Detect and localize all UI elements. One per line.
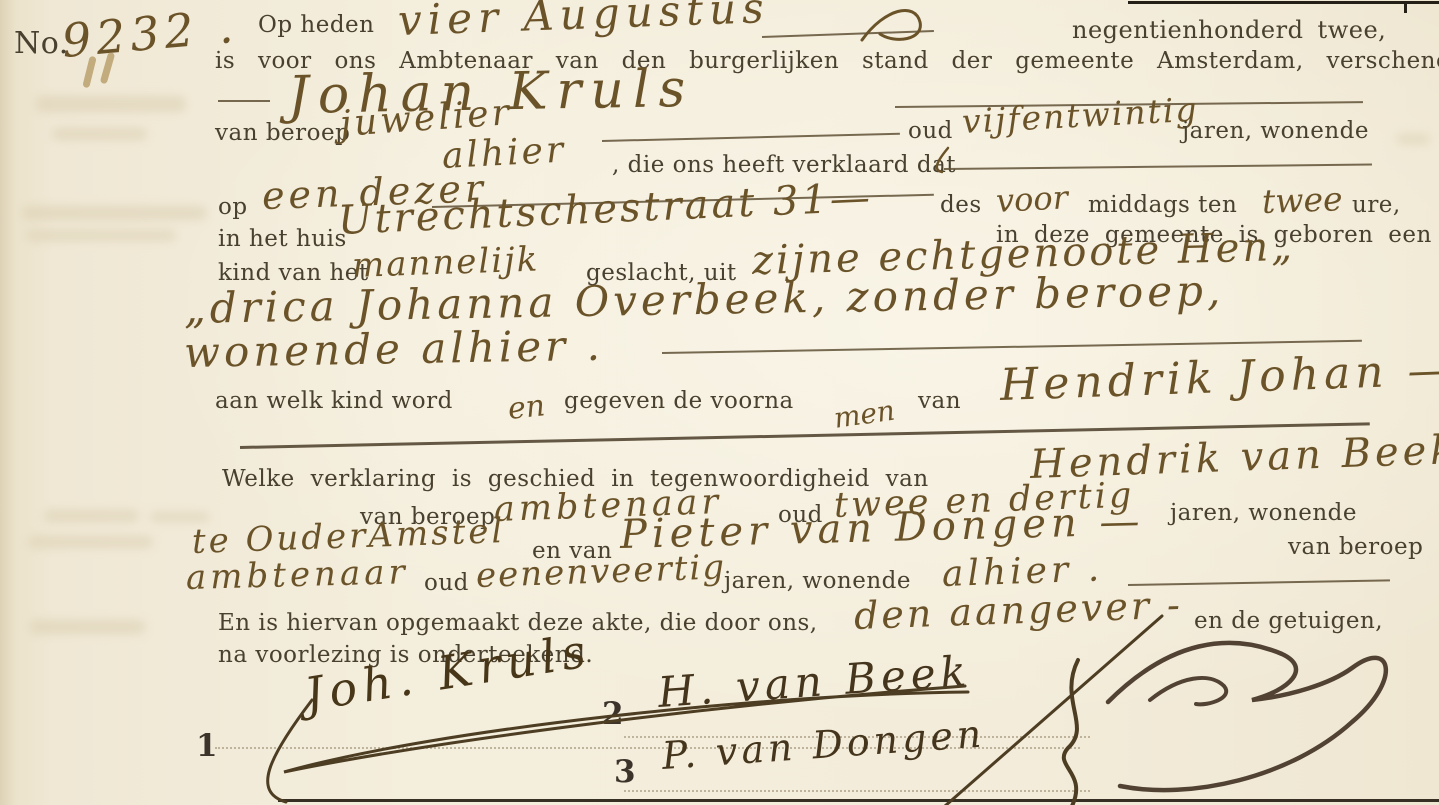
signature-declarant: Joh. Kruls (301, 623, 595, 722)
printed-year: negentienhonderd twee, (1072, 16, 1386, 44)
bleedthrough-smudge (30, 620, 145, 634)
hw-witness2-occupation: ambtenaar (185, 552, 409, 598)
printed-oud: oud (908, 118, 953, 144)
printed-verklaard-dat: , die ons heeft verklaard dat (612, 152, 956, 178)
bleedthrough-smudge (150, 512, 210, 522)
printed-middags-ten: middags ten (1088, 192, 1237, 218)
form-rule (218, 100, 270, 102)
printed-closing-1: En is hiervan opgemaakt deze akte, die d… (218, 610, 818, 636)
printed-jaren-wonende-3: jaren, wonende (724, 568, 911, 594)
act-number-value: 9232 . (60, 0, 240, 68)
hw-birth-date: vier Augustus (397, 0, 770, 45)
top-frame-tick (1404, 1, 1407, 13)
hw-word-men: men (832, 394, 897, 435)
signature-witness1: H. van Beek (656, 646, 972, 717)
printed-van-beroep: van beroep (215, 120, 350, 146)
printed-closing-2: en de getuigen, (1194, 608, 1383, 634)
printed-op: op (218, 194, 248, 220)
printed-gegeven-voorna: gegeven de voorna (564, 388, 794, 414)
printed-op-heden: Op heden (258, 12, 374, 38)
form-rule (762, 30, 934, 38)
printed-jaren-wonende-2: jaren, wonende (1170, 500, 1357, 526)
hw-daypart: voor (995, 178, 1069, 220)
hw-child-names: Hendrik Johan — (999, 344, 1439, 411)
signature-index-1: 1 (196, 728, 218, 764)
printed-des: des (940, 192, 982, 218)
hw-mother-line3: wonende alhier . (184, 321, 605, 377)
signature-index-2: 2 (602, 696, 624, 732)
printed-jaren-wonende: jaren, wonende (1182, 118, 1369, 144)
signature-index-3: 3 (614, 754, 636, 790)
birth-certificate-scan: No. 9232 . Op heden vier Augustus negent… (0, 0, 1439, 805)
bleedthrough-smudge (52, 128, 147, 140)
hw-declarant-age: vijfentwintig (961, 90, 1199, 141)
bleedthrough-smudge (22, 206, 207, 220)
bleedthrough-smudge (26, 230, 176, 241)
bottom-frame-line (278, 799, 1439, 802)
printed-van: van (918, 388, 961, 414)
form-rule (944, 164, 1372, 170)
hw-witness2-age: eenenveertig (475, 547, 726, 596)
bleedthrough-smudge (36, 96, 186, 112)
printed-van-beroep-3: van beroep (1288, 534, 1423, 560)
top-frame-line (1128, 1, 1439, 4)
printed-in-het-huis: in het huis (218, 226, 347, 252)
bleedthrough-smudge (1396, 134, 1430, 144)
printed-oud-3: oud (424, 570, 469, 596)
form-rule (602, 133, 900, 142)
bleedthrough-smudge (44, 510, 139, 522)
hw-word-en: en (506, 388, 547, 427)
printed-aan-welk-kind: aan welk kind word (215, 388, 453, 414)
printed-ure: ure, (1352, 192, 1401, 218)
hw-birth-hour: twee (1261, 179, 1343, 221)
signature-dotted-line-3 (624, 790, 1090, 792)
bleedthrough-smudge (28, 536, 153, 548)
signature-witness2: P. van Dongen (660, 711, 986, 777)
